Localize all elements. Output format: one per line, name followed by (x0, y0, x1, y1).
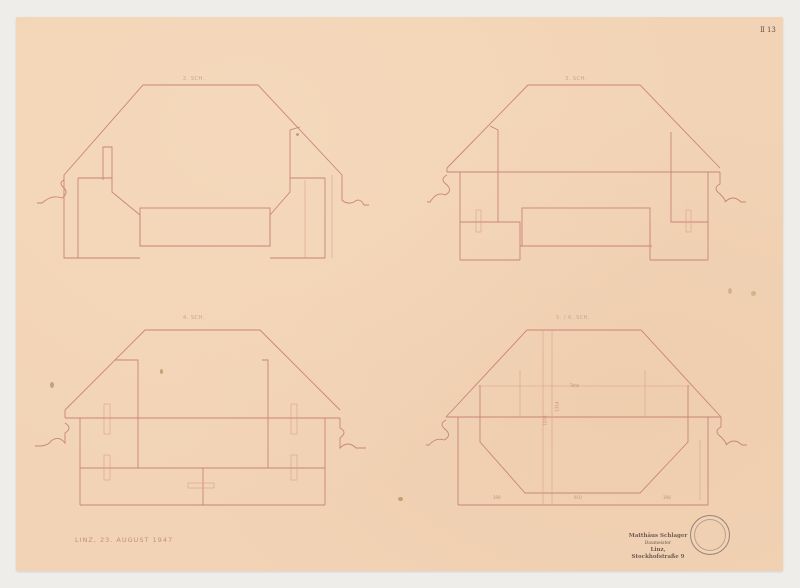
elevation-title-top-left: 2. SCH. (183, 76, 205, 82)
dimension-label: 1314 (555, 401, 560, 411)
elevation-title-top-right: 3. SCH. (565, 76, 587, 82)
dimension-label: 1038 (543, 415, 548, 425)
elevation-bottom-left (35, 330, 366, 505)
ink-stain (398, 497, 403, 501)
elevation-top-left (37, 85, 369, 258)
stamp-name: Matthäus Schlager (628, 533, 688, 540)
ink-stain (728, 288, 732, 294)
elevation-bottom-right (426, 330, 747, 505)
ink-stain (160, 369, 163, 374)
dimension-label: 398 (663, 495, 671, 500)
ink-stain (751, 291, 756, 296)
elevation-top-right (427, 85, 746, 260)
architect-stamp: Matthäus Schlager Baumeister Linz, Stock… (628, 533, 688, 561)
elevation-title-bottom-left: 4. SCH. (183, 315, 205, 321)
elevation-title-bottom-right: 5. / 6. SCH. (556, 315, 590, 321)
stamp-title: Baumeister (628, 540, 688, 547)
dimension-label: 398 (493, 495, 501, 500)
ink-stain (296, 133, 299, 136)
stamp-address: Linz, Stockhofstraße 9 (628, 547, 688, 561)
dimension-label: Total (570, 383, 579, 388)
drawing-date: LINZ, 23. AUGUST 1947 (75, 536, 173, 544)
round-seal-stamp (690, 515, 730, 555)
sheet-number: Ⅱ 13 (760, 26, 776, 34)
dimension-label: 910 (574, 495, 582, 500)
ink-stain (50, 382, 54, 388)
